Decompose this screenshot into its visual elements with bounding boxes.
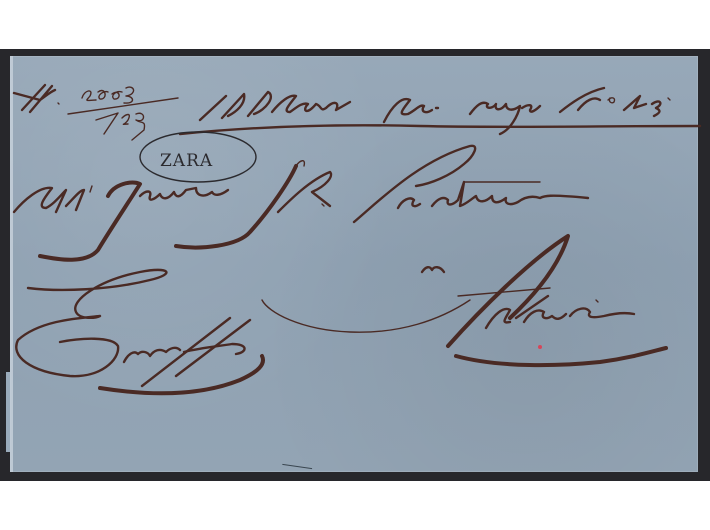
destination-line [262,236,666,365]
top-line-handwriting [180,88,700,134]
address-line-1 [14,146,588,260]
docket-number [14,85,178,140]
endorsement-ex-off [16,270,263,393]
handstamp-text: ZARA [160,151,213,171]
zara-handstamp: ZARA [140,132,256,182]
handwriting-layer: ZARA [0,0,710,530]
